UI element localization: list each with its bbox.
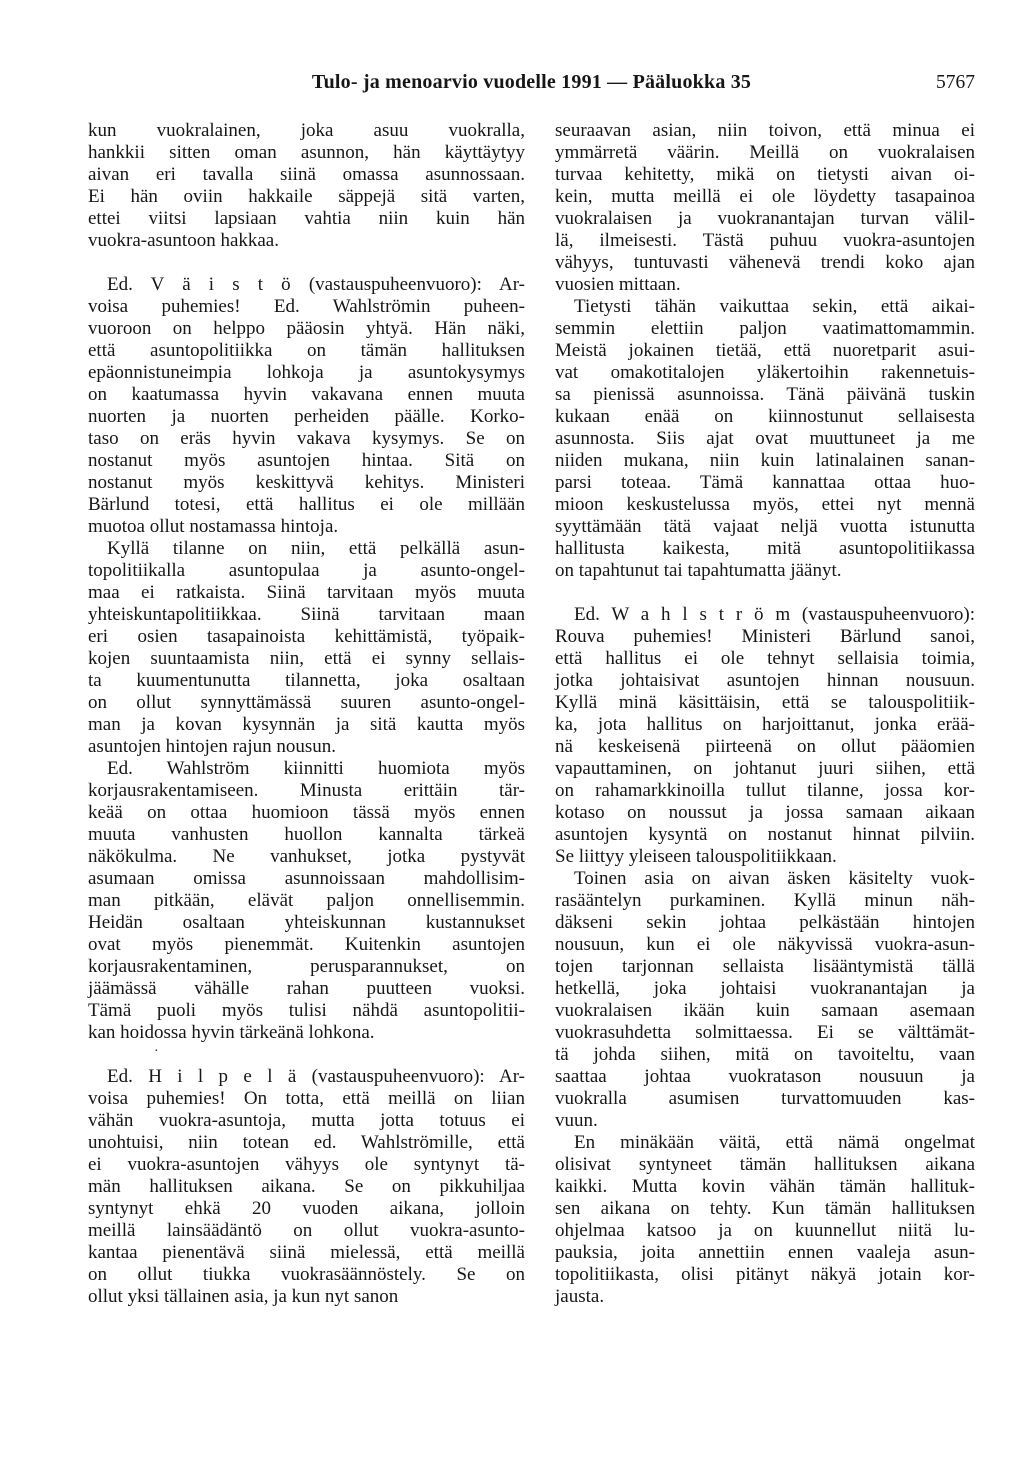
- text-line: kotaso on noussut ja jossa samaan aikaan: [555, 802, 975, 824]
- text-line: muuta vanhusten huollon kannalta tärkeä: [88, 824, 525, 846]
- text-line: korjausrakentaminen, perusparannukset, o…: [88, 956, 525, 978]
- text-line: nousuun, kun ei ole näkyvissä vuokra-asu…: [555, 934, 975, 956]
- text-line: ymmärretä väärin. Meillä on vuokralaisen: [555, 142, 975, 164]
- text-line: män hallituksen aikana. Se on pikkuhilja…: [88, 1176, 525, 1198]
- paragraph: seuraavan asian, niin toivon, että minua…: [555, 120, 975, 296]
- text-line: keää on ottaa huomioon tässä myös ennen: [88, 802, 525, 824]
- paragraph: Ed. W a h l s t r ö m (vastauspuheenvuor…: [555, 604, 975, 868]
- text-line: että asuntopolitiikka on tämän hallituks…: [88, 340, 525, 362]
- text-line: pauksia, joita annettiin ennen vaaleja a…: [555, 1242, 975, 1264]
- text-line: Ed. W a h l s t r ö m (vastauspuheenvuor…: [555, 604, 975, 626]
- text-line: vähän vuokra-asuntoja, mutta jotta totuu…: [88, 1110, 525, 1132]
- text-line: on ollut synnyttämässä suuren asunto-ong…: [88, 692, 525, 714]
- paragraph: En minäkään väitä, että nämä ongelmatoli…: [555, 1132, 975, 1308]
- text-line: asumaan omissa asunnoissaan mahdollisim-: [88, 868, 525, 890]
- text-line: kun vuokralainen, joka asuu vuokralla,: [88, 120, 525, 142]
- paragraph: Ed. H i l p e l ä (vastauspuheenvuoro): …: [88, 1066, 525, 1308]
- text-line: ei vuokra-asuntojen vähyys ole syntynyt …: [88, 1154, 525, 1176]
- paragraph: Ed. Wahlström kiinnitti huomiota myöskor…: [88, 758, 525, 1044]
- text-line: man pitkään, elävät paljon onnellisemmin…: [88, 890, 525, 912]
- paragraph: Kyllä tilanne on niin, että pelkällä asu…: [88, 538, 525, 758]
- text-line: nuorten ja nuorten perheiden päälle. Kor…: [88, 406, 525, 428]
- text-line: Ed. V ä i s t ö (vastauspuheenvuoro): Ar…: [88, 274, 525, 296]
- text-line: Tietysti tähän vaikuttaa sekin, että aik…: [555, 296, 975, 318]
- text-line: olisivat syntyneet tämän hallituksen aik…: [555, 1154, 975, 1176]
- text-line: kantaa pienentävä siinä mielessä, että m…: [88, 1242, 525, 1264]
- text-line: mioon keskustelussa myös, ettei nyt menn…: [555, 494, 975, 516]
- text-line: korjausrakentamiseen. Minusta erittäin t…: [88, 780, 525, 802]
- text-line: ettei viitsi lapsiaan vahtia niin kuin h…: [88, 208, 525, 230]
- text-line: jäämässä vähälle rahan puutteen vuoksi.: [88, 978, 525, 1000]
- stray-ink-mark: ·: [88, 1044, 525, 1066]
- text-line: että hallitus ei ole tehnyt sellaisia to…: [555, 648, 975, 670]
- text-line: on kaatumassa hyvin vakavana ennen muuta: [88, 384, 525, 406]
- text-line: vuokralla asumisen turvattomuuden kas-: [555, 1088, 975, 1110]
- paragraph: Toinen asia on aivan äsken käsitelty vuo…: [555, 868, 975, 1132]
- text-line: Bärlund totesi, että hallitus ei ole mil…: [88, 494, 525, 516]
- text-line: vuokra-asuntoon hakkaa.: [88, 230, 525, 252]
- text-line: asuntojen kysyntä on nostanut hinnat pil…: [555, 824, 975, 846]
- text-line: voisa puhemies! Ed. Wahlströmin puheen-: [88, 296, 525, 318]
- text-line: niiden mukana, niin kuin latinalainen sa…: [555, 450, 975, 472]
- paragraph: Ed. V ä i s t ö (vastauspuheenvuoro): Ar…: [88, 274, 525, 538]
- header-title: Tulo- ja menoarvio vuodelle 1991 — Päälu…: [88, 70, 975, 94]
- text-line: näkökulma. Ne vanhukset, jotka pystyvät: [88, 846, 525, 868]
- text-line: eri osien tasapainoista kehittämistä, ty…: [88, 626, 525, 648]
- text-line: Meistä jokainen tietää, että nuoretparit…: [555, 340, 975, 362]
- text-line: ohjelmaa katsoo ja on kuunnellut niitä l…: [555, 1220, 975, 1242]
- text-line: Toinen asia on aivan äsken käsitelty vuo…: [555, 868, 975, 890]
- text-line: vat omakotitalojen yläkertoihin rakennet…: [555, 362, 975, 384]
- text-line: Heidän osaltaan yhteiskunnan kustannukse…: [88, 912, 525, 934]
- right-column: seuraavan asian, niin toivon, että minua…: [555, 120, 975, 1308]
- text-line: on ollut tiukka vuokrasäännöstely. Se on: [88, 1264, 525, 1286]
- text-line: yhteiskuntapolitiikkaa. Siinä tarvitaan …: [88, 604, 525, 626]
- text-line: kukaan enää on kiinnostunut sellaisesta: [555, 406, 975, 428]
- text-line: vuosien mittaan.: [555, 274, 975, 296]
- text-line: däkseni sekin johtaa pelkästään hintojen: [555, 912, 975, 934]
- text-line: Ed. Wahlström kiinnitti huomiota myös: [88, 758, 525, 780]
- paragraph: kun vuokralainen, joka asuu vuokralla,ha…: [88, 120, 525, 252]
- text-line: meillä lainsäädäntö on ollut vuokra-asun…: [88, 1220, 525, 1242]
- text-line: taso on eräs hyvin vakava kysymys. Se on: [88, 428, 525, 450]
- text-line: jausta.: [555, 1286, 975, 1308]
- text-line: rasääntelyn purkaminen. Kyllä minun näh-: [555, 890, 975, 912]
- text-line: ollut yksi tällainen asia, ja kun nyt sa…: [88, 1286, 525, 1308]
- text-line: syyttämään tätä vajaat neljä vuotta istu…: [555, 516, 975, 538]
- text-line: Tämä puoli myös tulisi nähdä asuntopolit…: [88, 1000, 525, 1022]
- text-line: hankkii sitten oman asunnon, hän käyttäy…: [88, 142, 525, 164]
- text-line: nostanut myös asuntojen hintaa. Sitä on: [88, 450, 525, 472]
- text-line: muotoa ollut nostamassa hintoja.: [88, 516, 525, 538]
- text-line: unohtuisi, niin totean ed. Wahlströmille…: [88, 1132, 525, 1154]
- text-line: topolitiikalla asuntopulaa ja asunto-ong…: [88, 560, 525, 582]
- text-line: vuoroon on helppo pääosin yhtyä. Hän näk…: [88, 318, 525, 340]
- text-line: man ja kovan kysynnän ja sitä kautta myö…: [88, 714, 525, 736]
- text-line: Kyllä tilanne on niin, että pelkällä asu…: [88, 538, 525, 560]
- text-line: seuraavan asian, niin toivon, että minua…: [555, 120, 975, 142]
- text-line: saattaa johtaa vuokratason nousuun ja: [555, 1066, 975, 1088]
- text-line: vuokrasuhdetta solmittaessa. Ei se vältt…: [555, 1022, 975, 1044]
- text-line: sen aikana on tehty. Kun tämän hallituks…: [555, 1198, 975, 1220]
- text-line: semmin elettiin paljon vaatimattomammin.: [555, 318, 975, 340]
- text-line: asuntojen hintojen rajun nousun.: [88, 736, 525, 758]
- text-line: sa pienissä asunnoissa. Tänä päivänä tus…: [555, 384, 975, 406]
- paragraph: Tietysti tähän vaikuttaa sekin, että aik…: [555, 296, 975, 582]
- text-line: nostanut myös keskittyvä kehitys. Minist…: [88, 472, 525, 494]
- text-line: tä johda siihen, mitä on tavoiteltu, vaa…: [555, 1044, 975, 1066]
- text-columns: kun vuokralainen, joka asuu vuokralla,ha…: [88, 120, 975, 1308]
- text-line: hetkellä, joka johtaisi vuokranantajan j…: [555, 978, 975, 1000]
- text-line: asunnosta. Siis ajat ovat muuttuneet ja …: [555, 428, 975, 450]
- document-page: Tulo- ja menoarvio vuodelle 1991 — Päälu…: [0, 0, 1024, 1477]
- left-column: kun vuokralainen, joka asuu vuokralla,ha…: [88, 120, 525, 1308]
- text-line: Rouva puhemies! Ministeri Bärlund sanoi,: [555, 626, 975, 648]
- text-line: kein, mutta meillä ei ole löydetty tasap…: [555, 186, 975, 208]
- text-line: nä keskeisenä piirteenä on ollut pääomie…: [555, 736, 975, 758]
- text-line: vapauttaminen, on johtanut juuri siihen,…: [555, 758, 975, 780]
- text-line: jotka johtaisivat asuntojen hinnan nousu…: [555, 670, 975, 692]
- text-line: syntynyt ehkä 20 vuoden aikana, jolloin: [88, 1198, 525, 1220]
- text-line: topolitiikasta, olisi pitänyt näkyä jota…: [555, 1264, 975, 1286]
- text-line: En minäkään väitä, että nämä ongelmat: [555, 1132, 975, 1154]
- page-number: 5767: [936, 71, 975, 95]
- text-line: vuun.: [555, 1110, 975, 1132]
- text-line: turvaa kehitetty, mikä on tietysti aivan…: [555, 164, 975, 186]
- page-header: Tulo- ja menoarvio vuodelle 1991 — Päälu…: [88, 70, 975, 96]
- text-line: vähyys, tuntuvasti vähenevä trendi koko …: [555, 252, 975, 274]
- text-line: ta kuumentunutta tilannetta, joka osalta…: [88, 670, 525, 692]
- text-line: hallitusta kaikesta, mitä asuntopolitiik…: [555, 538, 975, 560]
- text-line: aivan eri tavalla siinä omassa asunnossa…: [88, 164, 525, 186]
- text-line: Se liittyy yleiseen talouspolitiikkaan.: [555, 846, 975, 868]
- text-line: on rahamarkkinoilla tullut tilanne, joss…: [555, 780, 975, 802]
- text-line: Ed. H i l p e l ä (vastauspuheenvuoro): …: [88, 1066, 525, 1088]
- text-line: vuokralaisen ja vuokranantajan turvan vä…: [555, 208, 975, 230]
- text-line: kojen suuntaamista niin, että ei synny s…: [88, 648, 525, 670]
- text-line: epäonnistuneimpia lohkoja ja asuntokysym…: [88, 362, 525, 384]
- text-line: on tapahtunut tai tapahtumatta jäänyt.: [555, 560, 975, 582]
- text-line: tojen tarjonnan sellaista lisääntymistä …: [555, 956, 975, 978]
- text-line: maa ei ratkaista. Siinä tarvitaan myös m…: [88, 582, 525, 604]
- text-line: parsi toteaa. Tämä kannattaa ottaa huo-: [555, 472, 975, 494]
- text-line: ka, jota hallitus on harjoittanut, jonka…: [555, 714, 975, 736]
- text-line: Kyllä minä käsittäisin, että se talouspo…: [555, 692, 975, 714]
- text-line: ovat myös pienemmät. Kuitenkin asuntojen: [88, 934, 525, 956]
- text-line: Ei hän oviin hakkaile säppejä sitä varte…: [88, 186, 525, 208]
- text-line: lä, ilmeisesti. Tästä puhuu vuokra-asunt…: [555, 230, 975, 252]
- text-line: kaikki. Mutta kovin vähän tämän hallituk…: [555, 1176, 975, 1198]
- text-line: voisa puhemies! On totta, että meillä on…: [88, 1088, 525, 1110]
- text-line: vuokralaisen ikään kuin samaan asemaan: [555, 1000, 975, 1022]
- text-line: kan hoidossa hyvin tärkeänä lohkona.: [88, 1022, 525, 1044]
